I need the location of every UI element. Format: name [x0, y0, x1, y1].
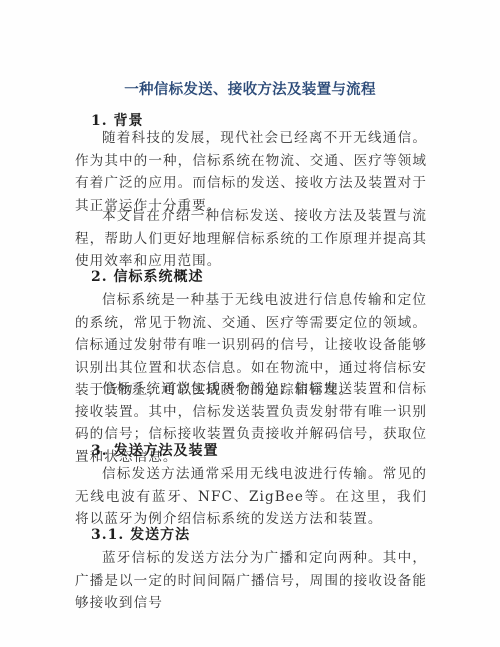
paragraph-sending-method-1: 蓝牙信标的发送方法分为广播和定向两种。其中，广播是以一定的时间间隔广播信号，周围… — [75, 547, 427, 615]
section-heading-sending: 3. 发送方法及装置 — [91, 440, 219, 460]
document-page: 一种信标发送、接收方法及装置与流程 1. 背景 随着科技的发展，现代社会已经离不… — [0, 0, 500, 647]
paragraph-sending-1: 信标发送方法通常采用无线电波进行传输。常见的无线电波有蓝牙、NFC、ZigBee… — [75, 463, 427, 531]
paragraph-background-1: 随着科技的发展，现代社会已经离不开无线通信。作为其中的一种，信标系统在物流、交通… — [75, 127, 427, 217]
section-heading-sending-method: 3.1. 发送方法 — [91, 524, 190, 544]
section-heading-overview: 2. 信标系统概述 — [91, 266, 204, 286]
document-title: 一种信标发送、接收方法及装置与流程 — [0, 78, 500, 99]
paragraph-background-2: 本文旨在介绍一种信标发送、接收方法及装置与流程，帮助人们更好地理解信标系统的工作… — [75, 205, 427, 273]
